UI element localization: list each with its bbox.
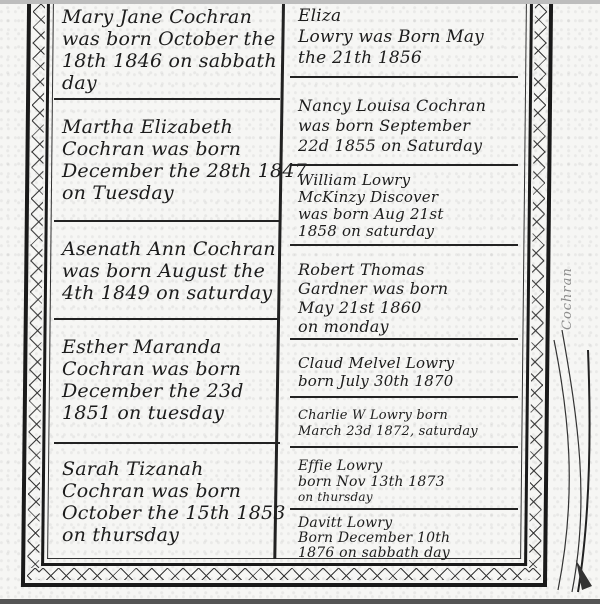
entry-line: 4th 1849 on saturday [62,282,274,304]
birth-entry: Sarah Tizanah Cochran was born October t… [54,450,290,560]
entry-line: Cochran was born [62,138,274,160]
entry-line: Lowry was Born May [298,27,512,48]
entry-line: Eliza [298,6,512,27]
birth-entry: Eliza Lowry was Born May the 21th 1856 [290,4,518,78]
entry-line: Esther Maranda [62,336,274,358]
birth-entry: Charlie W Lowry born March 23d 1872, sat… [290,402,518,448]
birth-entry: Martha Elizabeth Cochran was born Decemb… [54,108,280,222]
entry-line: on thursday [298,490,512,504]
entry-line: was born September [298,116,512,136]
entry-line: Mary Jane Cochran [62,6,274,28]
entry-line: on thursday [62,524,284,546]
birth-entry: Nancy Louisa Cochran was born September … [290,86,518,166]
entry-line: October the 15th 1853 [62,502,284,524]
entry-line: McKinzy Discover [298,189,512,206]
birth-entry: William Lowry McKinzy Discover was born … [290,168,518,246]
scan-bottom-edge [0,599,600,604]
entry-line: Davitt Lowry [298,516,512,531]
entry-line: Martha Elizabeth [62,116,274,138]
scanned-page: Mary Jane Cochran was born October the 1… [0,0,600,604]
entry-line: born July 30th 1870 [298,372,512,390]
entry-line: William Lowry [298,172,512,189]
entry-line: Cochran was born [62,358,274,380]
birth-entry: Mary Jane Cochran was born October the 1… [54,4,280,100]
entry-line: Claud Melvel Lowry [298,354,512,372]
entry-line: Effie Lowry [298,458,512,474]
entry-line: was born October the [62,28,274,50]
entry-line: Robert Thomas [298,260,512,279]
entry-line: Sarah Tizanah [62,458,284,480]
birth-entry: Asenath Ann Cochran was born August the … [54,230,280,320]
entry-line: the 21th 1856 [298,48,512,69]
entry-line: 1876 on sabbath day [298,546,512,561]
entry-line: was born August the [62,260,274,282]
birth-entry: Claud Melvel Lowry born July 30th 1870 [290,346,518,398]
entry-line: Nancy Louisa Cochran [298,96,512,116]
entry-line: Charlie W Lowry born [298,408,512,424]
entry-line: on monday [298,317,512,336]
entry-line: December the 28th 1847 [62,160,274,182]
entry-line: 22d 1855 on Saturday [298,136,512,156]
entry-line: Asenath Ann Cochran [62,238,274,260]
entry-line: Cochran was born [62,480,284,502]
entry-line: 18th 1846 on sabbath [62,50,274,72]
margin-annotation: Cochran [560,70,600,330]
entry-line: March 23d 1872, saturday [298,424,512,440]
birth-entry: Robert Thomas Gardner was born May 21st … [290,250,518,340]
entry-line: day [62,72,274,94]
birth-entry: Esther Maranda Cochran was born December… [54,326,280,444]
birth-entry: Effie Lowry born Nov 13th 1873 on thursd… [290,454,518,510]
entry-line: December the 23d [62,380,274,402]
entry-line: Gardner was born [298,279,512,298]
entry-line: 1858 on saturday [298,223,512,240]
entry-line: on Tuesday [62,182,274,204]
birth-entry: Davitt Lowry Born December 10th 1876 on … [290,514,518,564]
entry-line: Born December 10th [298,531,512,546]
entry-line: was born Aug 21st [298,206,512,223]
entry-line: 1851 on tuesday [62,402,274,424]
entry-line: May 21st 1860 [298,298,512,317]
entry-line: born Nov 13th 1873 [298,474,512,490]
margin-flourish [548,330,600,600]
